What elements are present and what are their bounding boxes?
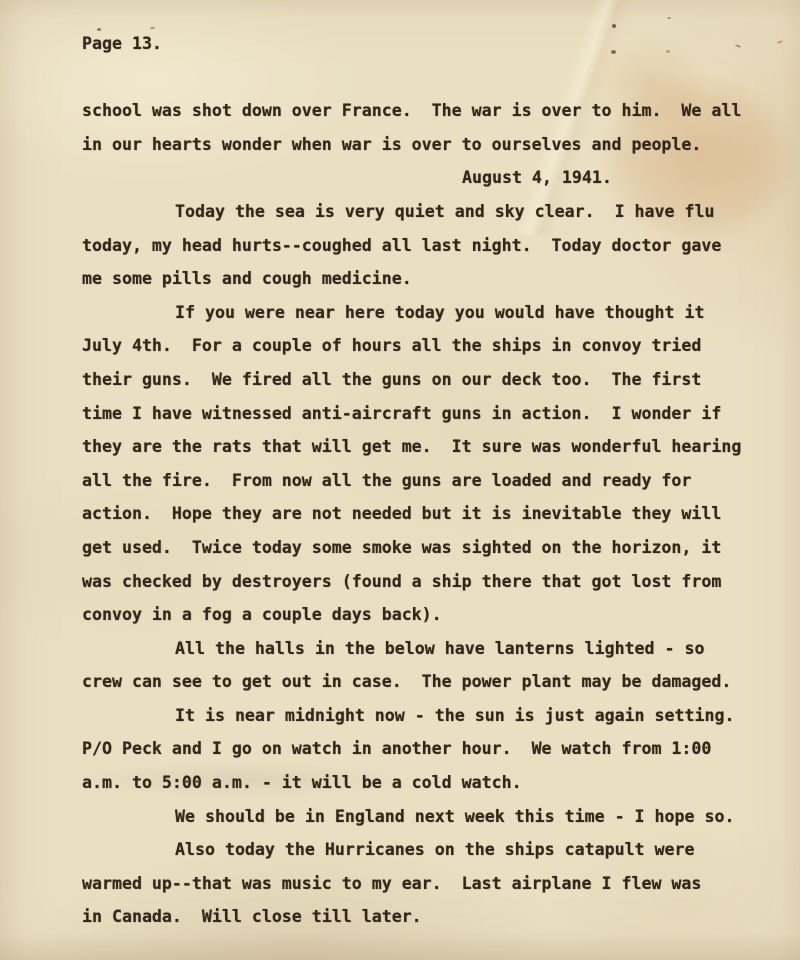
text-line: today, my head hurts--coughed all last n… (82, 229, 772, 263)
text-line: their guns. We fired all the guns on our… (82, 363, 772, 397)
text-line: P/O Peck and I go on watch in another ho… (82, 732, 772, 766)
text-line: All the halls in the below have lanterns… (82, 632, 772, 666)
text-line: a.m. to 5:00 a.m. - it will be a cold wa… (82, 766, 772, 800)
text-line: July 4th. For a couple of hours all the … (82, 329, 772, 363)
date-heading: August 4, 1941. (82, 161, 772, 195)
text-line: was checked by destroyers (found a ship … (82, 565, 772, 599)
text-line: get used. Twice today some smoke was sig… (82, 531, 772, 565)
text-line: action. Hope they are not needed but it … (82, 497, 772, 531)
paper-speck (777, 40, 783, 44)
text-line: warmed up--that was music to my ear. Las… (82, 867, 772, 901)
text-line: Also today the Hurricanes on the ships c… (82, 833, 772, 867)
text-line: in our hearts wonder when war is over to… (82, 128, 772, 162)
text-line: convoy in a fog a couple days back). (82, 598, 772, 632)
text-line: crew can see to get out in case. The pow… (82, 665, 772, 699)
paper-background: Page 13. school was shot down over Franc… (0, 0, 800, 960)
document-lines: Page 13. school was shot down over Franc… (82, 27, 772, 934)
blank-line (82, 61, 772, 95)
text-line: We should be in England next week this t… (82, 800, 772, 834)
paper-speck (667, 17, 671, 19)
text-line: in Canada. Will close till later. (82, 900, 772, 934)
text-line: Today the sea is very quiet and sky clea… (82, 195, 772, 229)
text-line: time I have witnessed anti-aircraft guns… (82, 397, 772, 431)
text-line: It is near midnight now - the sun is jus… (82, 699, 772, 733)
text-line: all the fire. From now all the guns are … (82, 464, 772, 498)
text-line: they are the rats that will get me. It s… (82, 430, 772, 464)
text-line: school was shot down over France. The wa… (82, 94, 772, 128)
text-line: me some pills and cough medicine. (82, 262, 772, 296)
text-line: If you were near here today you would ha… (82, 296, 772, 330)
page-number: Page 13. (82, 27, 772, 61)
